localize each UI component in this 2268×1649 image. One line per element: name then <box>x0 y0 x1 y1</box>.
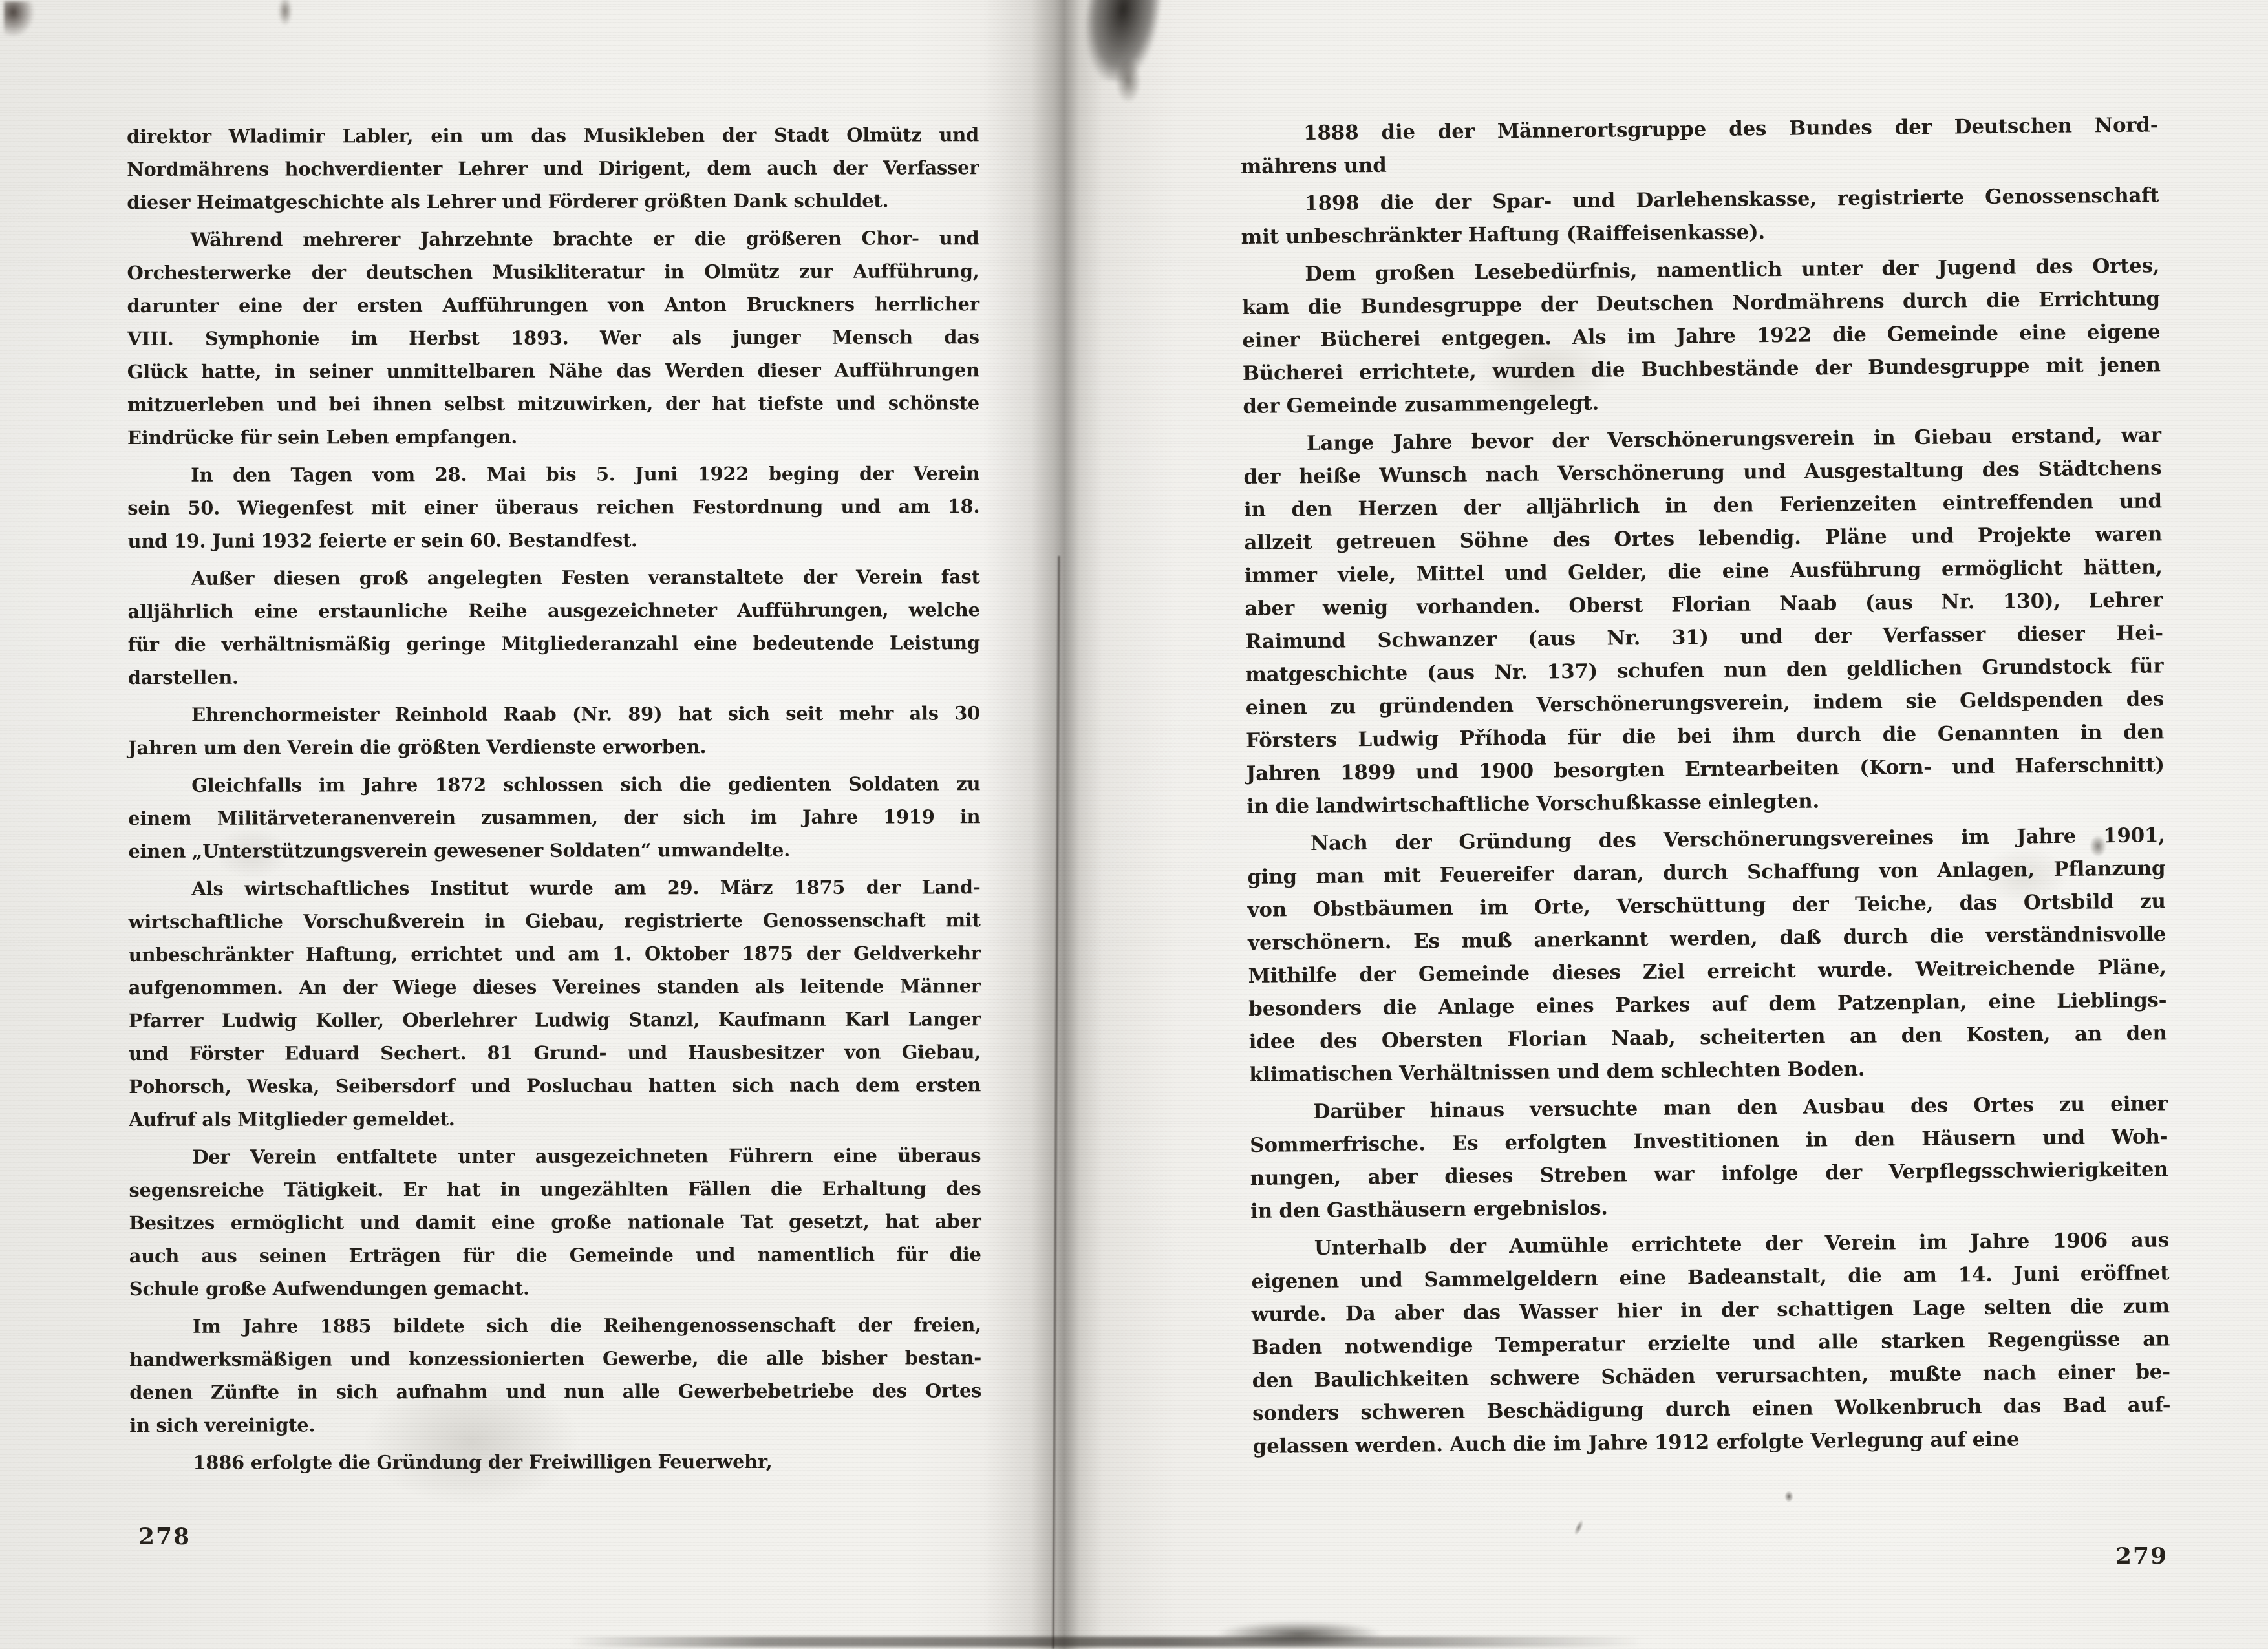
text-line: in sich vereinigte. <box>129 1407 981 1442</box>
paragraph: Als wirtschaftliches Institut wurde am 2… <box>128 871 981 1136</box>
text-line: darstellen. <box>128 659 980 694</box>
text-line: auch aus seinen Erträgen für die Gemeind… <box>129 1238 981 1273</box>
text-line: Während mehrerer Jahrzehnte brachte er d… <box>127 222 979 257</box>
paragraph: 1898 die der Spar- und Darlehenskasse, r… <box>1241 179 2159 254</box>
paragraph: Gleichfalls im Jahre 1872 schlossen sich… <box>128 767 980 868</box>
page-right-text-column: 1888 die der Männerortsgruppe des Bundes… <box>1240 109 2171 1463</box>
text-line: Aufruf als Mitglieder gemeldet. <box>129 1101 981 1136</box>
text-line: Jahren um den Verein die größten Verdien… <box>128 730 980 765</box>
book-scan: direktor Wladimir Labler, ein um das Mus… <box>0 0 2268 1649</box>
text-line: sein 50. Wiegenfest mit einer überaus re… <box>127 490 979 525</box>
paper-speck <box>1572 1518 1585 1537</box>
text-line: alljährlich eine erstaunliche Reihe ausg… <box>128 593 980 628</box>
text-line: denen Zünfte in sich aufnahm und nun all… <box>129 1374 981 1409</box>
text-line: Ehrenchormeister Reinhold Raab (Nr. 89) … <box>128 697 980 732</box>
paragraph: Lange Jahre bevor der Verschönerungsvere… <box>1243 419 2165 824</box>
paragraph: Ehrenchormeister Reinhold Raab (Nr. 89) … <box>128 697 980 765</box>
text-line: Besitzes ermöglicht und damit eine große… <box>129 1205 981 1240</box>
binding-gutter-shadow <box>983 0 1177 1649</box>
ink-smudge <box>278 0 292 26</box>
text-line: Orchesterwerke der deutschen Musiklitera… <box>127 255 979 290</box>
text-line: 1886 erfolgte die Gründung der Freiwilli… <box>129 1445 981 1480</box>
paragraph: direktor Wladimir Labler, ein um das Mus… <box>127 118 979 219</box>
text-line: Der Verein entfaltete unter ausgezeichne… <box>129 1139 981 1174</box>
text-line: VIII. Symphonie im Herbst 1893. Wer als … <box>127 321 979 356</box>
text-line: Pohorsch, Weska, Seibersdorf und Posluch… <box>129 1069 981 1103</box>
text-line: Pfarrer Ludwig Koller, Oberlehrer Ludwig… <box>129 1003 981 1037</box>
text-line: einen „Unterstützungsverein gewesener So… <box>128 833 980 868</box>
paragraph: 1886 erfolgte die Gründung der Freiwilli… <box>129 1445 981 1480</box>
text-line: Nordmährens hochverdienter Lehrer und Di… <box>127 151 979 186</box>
text-line: In den Tagen vom 28. Mai bis 5. Juni 192… <box>127 457 979 492</box>
text-line: direktor Wladimir Labler, ein um das Mus… <box>127 118 979 153</box>
text-line: Schule große Aufwendungen gemacht. <box>129 1271 981 1306</box>
paragraph: Der Verein entfaltete unter ausgezeichne… <box>129 1139 981 1306</box>
page-left-text-column: direktor Wladimir Labler, ein um das Mus… <box>127 118 981 1480</box>
page-number-right: 279 <box>2115 1542 2168 1569</box>
text-line: für die verhältnismäßig geringe Mitglied… <box>128 626 980 661</box>
paragraph: Außer diesen groß angelegten Festen vera… <box>127 560 979 694</box>
text-line: Gleichfalls im Jahre 1872 schlossen sich… <box>128 767 980 802</box>
text-line: Im Jahre 1885 bildete sich die Reihengen… <box>129 1308 981 1343</box>
text-line: und Förster Eduard Sechert. 81 Grund- un… <box>129 1036 981 1070</box>
paragraph: Unterhalb der Aumühle errichtete der Ver… <box>1251 1224 2171 1463</box>
paragraph: Dem großen Lesebedürfnis, namentlich unt… <box>1241 250 2161 423</box>
paragraph: Darüber hinaus versuchte man den Ausbau … <box>1250 1087 2169 1228</box>
text-line: wirtschaftliche Vorschußverein in Giebau… <box>129 904 981 939</box>
text-line: Glück hatte, in seiner unmittelbaren Näh… <box>127 354 979 388</box>
paragraph: 1888 die der Männerortsgruppe des Bundes… <box>1240 109 2159 184</box>
text-line: darunter eine der ersten Aufführungen vo… <box>127 288 979 323</box>
text-line: Außer diesen groß angelegten Festen vera… <box>127 560 979 595</box>
paragraph: Im Jahre 1885 bildete sich die Reihengen… <box>129 1308 981 1442</box>
text-line: aufgenommen. An der Wiege dieses Vereine… <box>129 970 981 1005</box>
text-line: Eindrücke für sein Leben empfangen. <box>127 420 979 454</box>
ink-smudge <box>4 1 35 37</box>
text-line: unbeschränkter Haftung, errichtet und am… <box>129 937 981 972</box>
text-line: Als wirtschaftliches Institut wurde am 2… <box>128 871 980 906</box>
text-line: handwerksmäßigen und konzessionierten Ge… <box>129 1341 981 1376</box>
text-line: segensreiche Tätigkeit. Er hat in ungezä… <box>129 1172 981 1207</box>
text-line: mitzuerleben und bei ihnen selbst mitzuw… <box>127 387 979 421</box>
ink-smudge <box>1215 1621 1384 1647</box>
text-line: einem Militärveteranenverein zusammen, d… <box>128 800 980 835</box>
text-line: dieser Heimatgeschichte als Lehrer und F… <box>127 184 979 219</box>
paragraph: In den Tagen vom 28. Mai bis 5. Juni 192… <box>127 457 979 558</box>
paragraph: Nach der Gründung des Verschönerungsvere… <box>1247 819 2168 1092</box>
page-number-left: 278 <box>138 1523 191 1550</box>
text-line: und 19. Juni 1932 feierte er sein 60. Be… <box>127 523 979 558</box>
paragraph: Während mehrerer Jahrzehnte brachte er d… <box>127 222 979 454</box>
paper-speck <box>1784 1491 1793 1502</box>
